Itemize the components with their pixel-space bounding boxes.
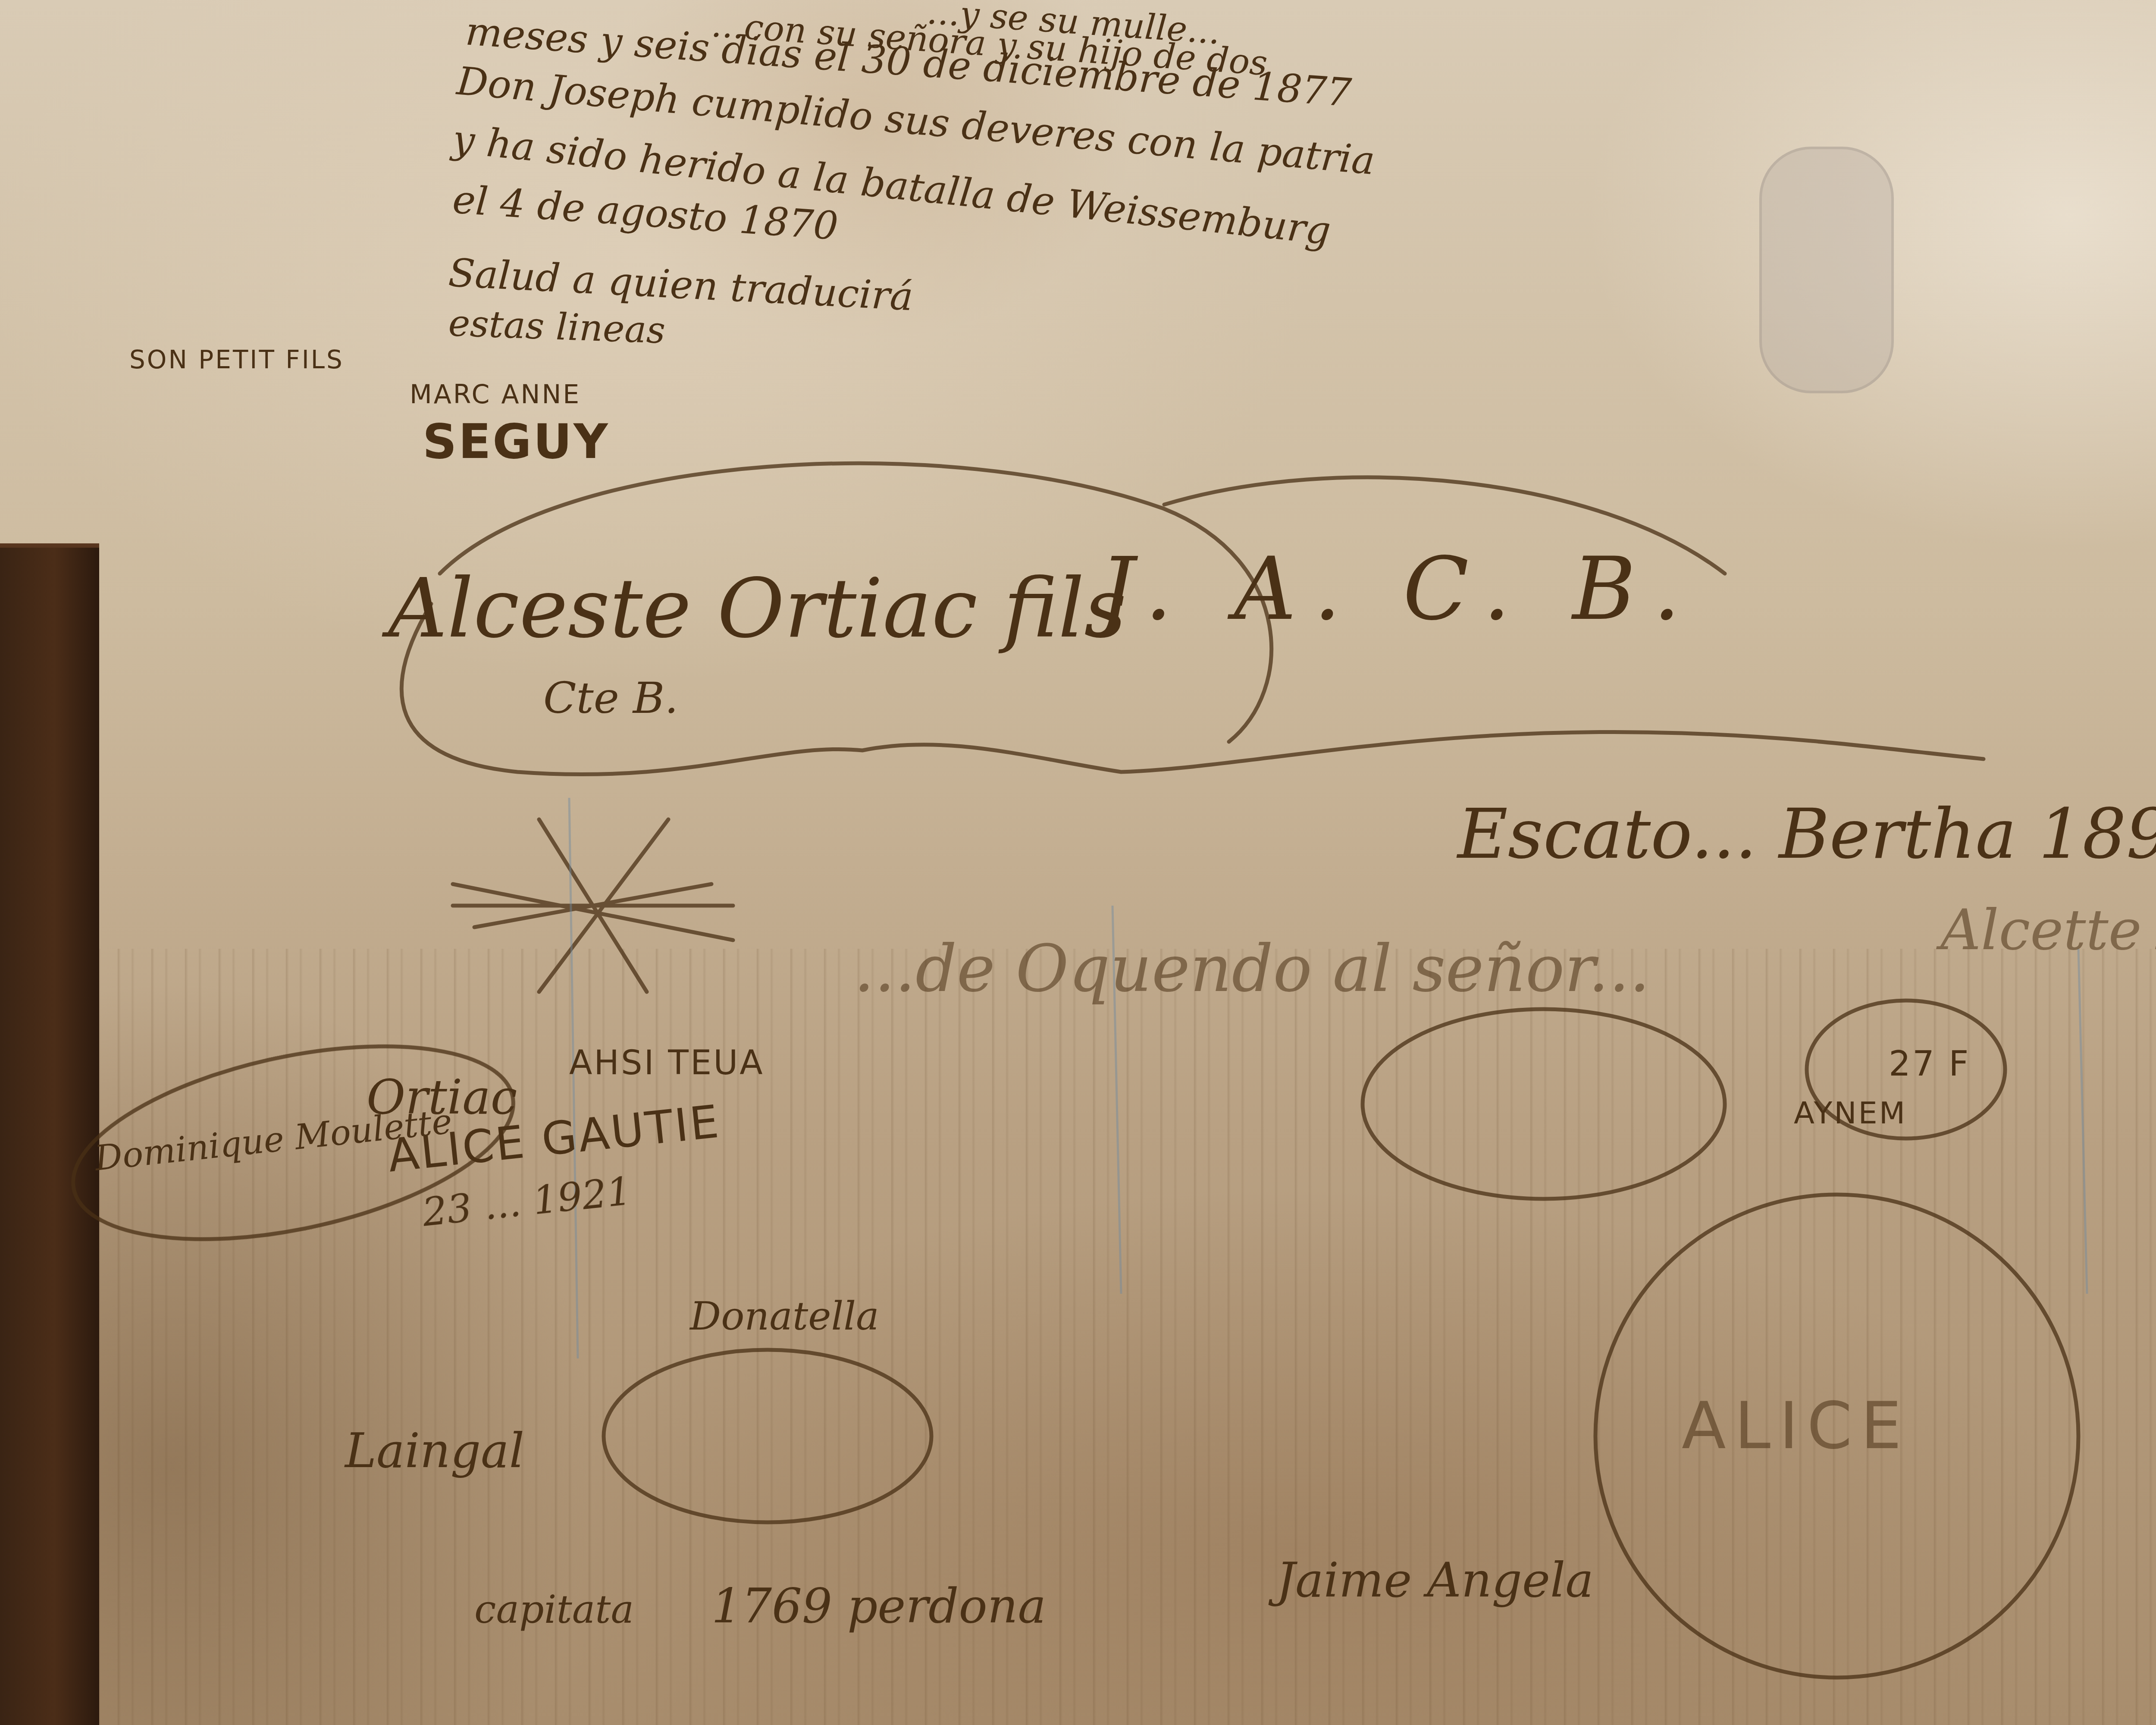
inscription-date-27f: 27 F [1889,1044,1970,1084]
inscription-aynem: AYNEM [1794,1095,1907,1131]
inscription-1769: 1769 perdona [711,1578,1046,1634]
inscription-laingal: Laingal [345,1423,524,1478]
inscription-capitata: capitata [474,1587,634,1632]
graffiti-wall-photo: ...y se su mulle... ...con su señora y s… [0,0,2156,1725]
inscription-donatello: Donatella [690,1294,879,1339]
inscription-son-petit-fils: SON PETIT FILS [129,345,344,374]
inscription-alcette-auguste: Alcette Auguste [1940,897,2156,963]
inscription-initials: J. A. C. B. [1100,539,1698,640]
inscription-ahsi-teua: AHSI TEUA [569,1044,765,1082]
inscription-spanish-middle: ...de Oquendo al señor... [854,931,1650,1007]
inscription-escato: Escato... Bertha 1892 [1457,793,2156,874]
inscription-sub-alceste: Cte B. [543,673,678,723]
inscription-seguy: SEGUY [423,414,610,469]
inscription-jaime-angela: Jaime Angela [1276,1552,1594,1608]
inscription-marc: MARC ANNE [410,379,581,410]
inscription-alice-circle: ALICE [1682,1389,1910,1464]
inscription-line-7: estas lineas [448,302,666,352]
inscription-alceste: Alceste Ortiac fils [388,561,1126,656]
